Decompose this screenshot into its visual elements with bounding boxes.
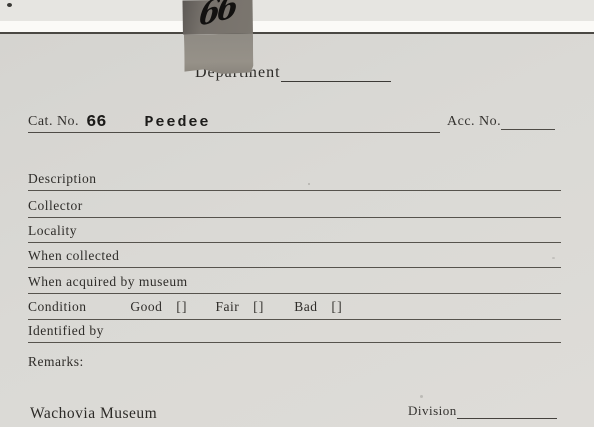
department-blank-line: [281, 67, 391, 82]
museum-name: Wachovia Museum: [30, 405, 157, 423]
field-row-locality: Locality: [28, 223, 561, 243]
specimen-name: Peedee: [144, 116, 210, 130]
division-blank-line: [457, 406, 557, 419]
background-upper-band: [0, 0, 594, 21]
dust-speck: [308, 183, 310, 185]
dust-speck: [552, 257, 555, 259]
index-tab: 66: [182, 0, 253, 74]
field-row-condition: Condition Good [] Fair [] Bad []: [28, 299, 561, 320]
checkbox-fair: []: [253, 300, 264, 315]
division-row: Division: [408, 403, 557, 419]
condition-option-bad: Bad: [294, 299, 317, 314]
field-row-description: Description: [28, 171, 561, 191]
checkbox-bad: []: [331, 300, 342, 315]
division-label: Division: [408, 403, 457, 419]
checkbox-good: []: [176, 300, 187, 315]
acc-no-blank-line: [501, 117, 555, 130]
acc-no-label: Acc. No.: [447, 114, 501, 130]
field-row-when-collected: When collected: [28, 248, 561, 268]
field-row-collector: Collector: [28, 198, 561, 218]
museum-catalog-card-scan: Department Cat. No. 66 Peedee Acc. No. D…: [0, 0, 594, 427]
background-white-strip: [0, 21, 594, 32]
field-label: Description: [28, 171, 97, 186]
dust-speck: [420, 395, 423, 398]
catalog-number-row: Cat. No. 66 Peedee: [28, 108, 440, 133]
remarks-label: Remarks:: [28, 354, 84, 370]
condition-option-good: Good: [130, 299, 162, 314]
field-label: When collected: [28, 248, 119, 263]
dust-speck: [7, 3, 12, 7]
field-row-when-acquired: When acquired by museum: [28, 274, 561, 294]
field-label: When acquired by museum: [28, 274, 188, 289]
field-label: Locality: [28, 223, 77, 238]
condition-option-fair: Fair: [215, 299, 239, 314]
identified-by-label: Identified by: [28, 323, 104, 338]
catalog-card: Department Cat. No. 66 Peedee Acc. No. D…: [0, 34, 594, 427]
accession-number-row: Acc. No.: [447, 112, 555, 130]
field-label: Collector: [28, 198, 83, 213]
field-row-identified-by: Identified by: [28, 323, 561, 343]
condition-label: Condition: [28, 299, 87, 314]
cat-no-value: 66: [86, 116, 106, 130]
cat-no-label: Cat. No.: [28, 114, 79, 130]
index-tab-bottom: [184, 34, 254, 75]
